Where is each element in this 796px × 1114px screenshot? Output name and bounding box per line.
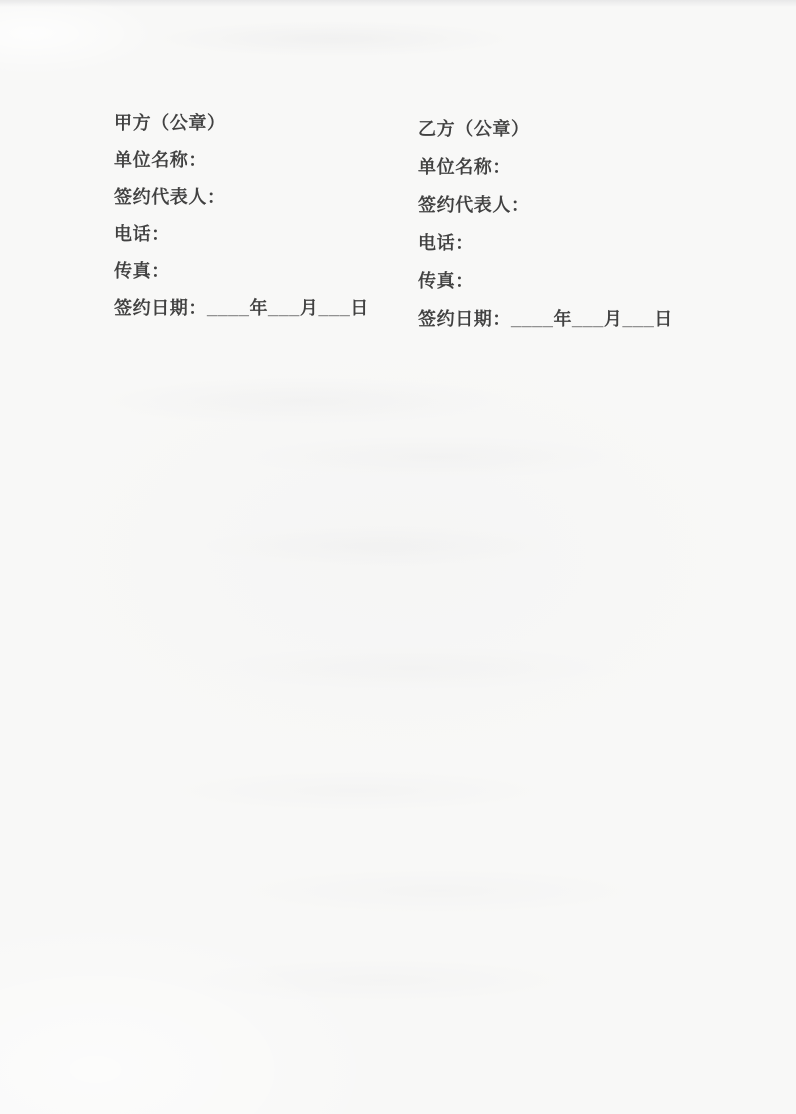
party-a-sign-date-line: 签约日期：____年___月___日 [114, 288, 404, 325]
party-a-title: 甲方（公章） [114, 103, 404, 140]
scanned-document-page: 甲方（公章） 单位名称： 签约代表人： 电话： 传真： 签约日期：____年__… [0, 0, 796, 1114]
party-a-phone-label: 电话： [114, 214, 404, 251]
party-a-block: 甲方（公章） 单位名称： 签约代表人： 电话： 传真： 签约日期：____年__… [114, 103, 404, 325]
party-a-unit-name-label: 单位名称： [114, 140, 404, 177]
party-a-fax-label: 传真： [114, 251, 404, 288]
party-b-phone-label: 电话： [418, 223, 708, 261]
party-b-representative-label: 签约代表人： [418, 185, 708, 223]
party-b-fax-label: 传真： [418, 261, 708, 299]
party-b-sign-date-line: 签约日期：____年___月___日 [418, 299, 708, 337]
party-b-block: 乙方（公章） 单位名称： 签约代表人： 电话： 传真： 签约日期：____年__… [418, 109, 708, 337]
party-b-title: 乙方（公章） [418, 109, 708, 147]
party-b-unit-name-label: 单位名称： [418, 147, 708, 185]
party-a-representative-label: 签约代表人： [114, 177, 404, 214]
